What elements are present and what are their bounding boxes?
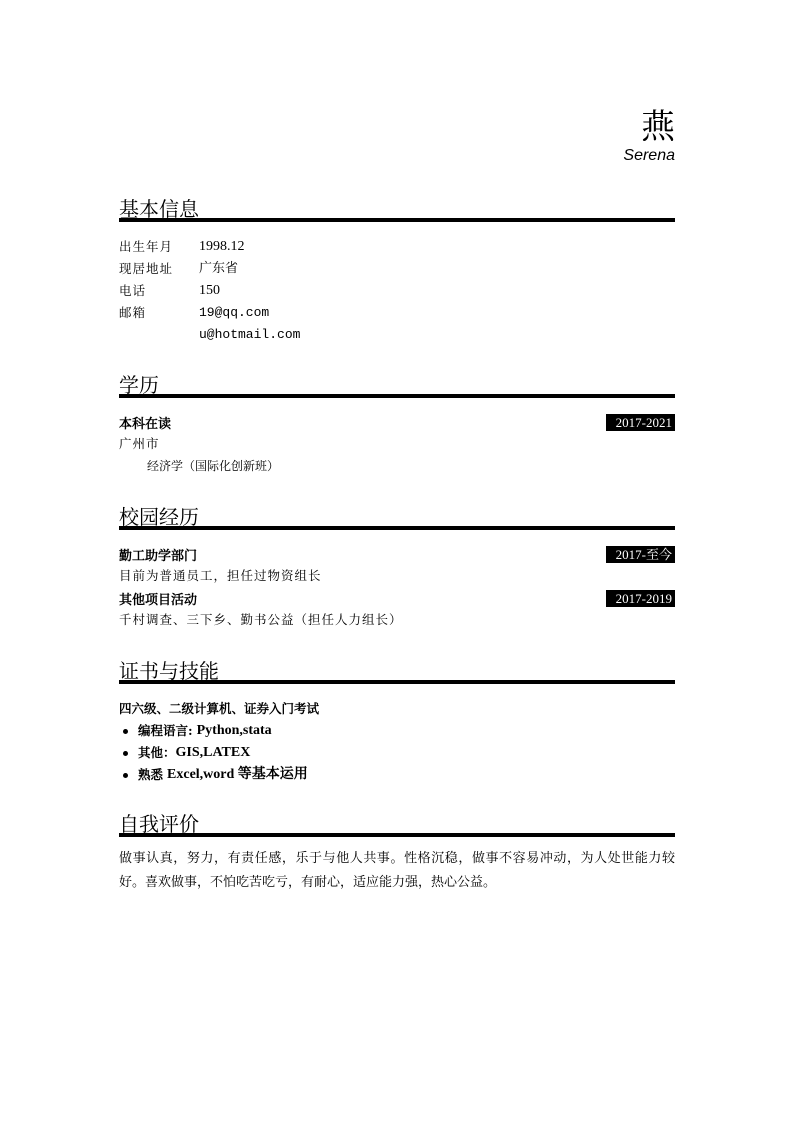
- info-label: [119, 324, 199, 346]
- section-education: 学历 本科在读 2017-2021 广州市 经济学（国际化创新班）: [119, 374, 675, 477]
- date-badge: 2017-至今: [606, 546, 675, 563]
- info-value: 广东省: [199, 258, 238, 280]
- info-label: 电话: [119, 280, 199, 302]
- education-entry-header: 本科在读 2017-2021: [119, 411, 675, 433]
- section-title: 校园经历: [119, 506, 675, 528]
- bullet-icon: [123, 773, 128, 778]
- email-link[interactable]: 19@qq.com: [199, 302, 269, 324]
- skill-text: GIS,LATEX: [176, 742, 251, 764]
- campus-entry-header: 勤工助学部门 2017-至今: [119, 543, 675, 565]
- skill-text: Excel,word 等基本运用: [167, 764, 308, 786]
- skill-item: 熟悉 Excel,word 等基本运用: [119, 764, 675, 786]
- entry-title: 勤工助学部门: [119, 545, 197, 564]
- date-badge: 2017-2019: [606, 590, 675, 607]
- bullet-icon: [123, 751, 128, 756]
- section-title: 学历: [119, 374, 675, 396]
- skill-item: 编程语言: Python,stata: [119, 720, 675, 742]
- section-campus: 校园经历 勤工助学部门 2017-至今 目前为普通员工，担任过物资组长 其他项目…: [119, 506, 675, 631]
- info-label: 现居地址: [119, 258, 199, 280]
- skill-prefix: 熟悉: [138, 764, 163, 786]
- section-title: 证书与技能: [119, 660, 675, 682]
- skill-text: Python,stata: [197, 720, 272, 742]
- skill-item: 其他： GIS,LATEX: [119, 742, 675, 764]
- email-link[interactable]: u@hotmail.com: [199, 324, 300, 346]
- name-chinese: 燕: [623, 108, 675, 146]
- info-label: 邮箱: [119, 302, 199, 324]
- name-header: 燕 Serena: [623, 108, 675, 165]
- section-title: 基本信息: [119, 198, 675, 220]
- campus-entry-header: 其他项目活动 2017-2019: [119, 587, 675, 609]
- section-self-evaluation: 自我评价 做事认真，努力，有责任感，乐于与他人共事。性格沉稳，做事不容易冲动，为…: [119, 813, 675, 895]
- skill-prefix: 其他：: [138, 742, 176, 764]
- entry-description: 目前为普通员工，担任过物资组长: [119, 565, 675, 587]
- info-row-birth: 出生年月 1998.12: [119, 236, 675, 258]
- info-row-email: 邮箱 19@qq.com: [119, 302, 675, 324]
- bullet-icon: [123, 729, 128, 734]
- section-basic-info: 基本信息 出生年月 1998.12 现居地址 广东省 电话 150 邮箱 19@…: [119, 198, 675, 346]
- entry-major: 经济学（国际化创新班）: [119, 455, 675, 477]
- info-row-address: 现居地址 广东省: [119, 258, 675, 280]
- entry-title: 其他项目活动: [119, 589, 197, 608]
- date-badge: 2017-2021: [606, 414, 675, 431]
- info-row-email-2: u@hotmail.com: [119, 324, 675, 346]
- entry-title: 本科在读: [119, 413, 171, 432]
- info-value: 1998.12: [199, 236, 245, 258]
- info-label: 出生年月: [119, 236, 199, 258]
- info-row-phone: 电话 150: [119, 280, 675, 302]
- entry-location: 广州市: [119, 433, 675, 455]
- name-english: Serena: [623, 147, 675, 165]
- info-value: 150: [199, 280, 220, 302]
- self-evaluation-text: 做事认真，努力，有责任感，乐于与他人共事。性格沉稳，做事不容易冲动，为人处世能力…: [119, 847, 675, 895]
- skills-list: 编程语言: Python,stata 其他： GIS,LATEX 熟悉 Exce…: [119, 720, 675, 786]
- skill-prefix: 编程语言:: [138, 720, 193, 742]
- skills-headline: 四六级、二级计算机、证券入门考试: [119, 698, 675, 720]
- section-title: 自我评价: [119, 813, 675, 835]
- entry-description: 千村调查、三下乡、勤书公益（担任人力组长）: [119, 609, 675, 631]
- section-skills: 证书与技能 四六级、二级计算机、证券入门考试 编程语言: Python,stat…: [119, 660, 675, 786]
